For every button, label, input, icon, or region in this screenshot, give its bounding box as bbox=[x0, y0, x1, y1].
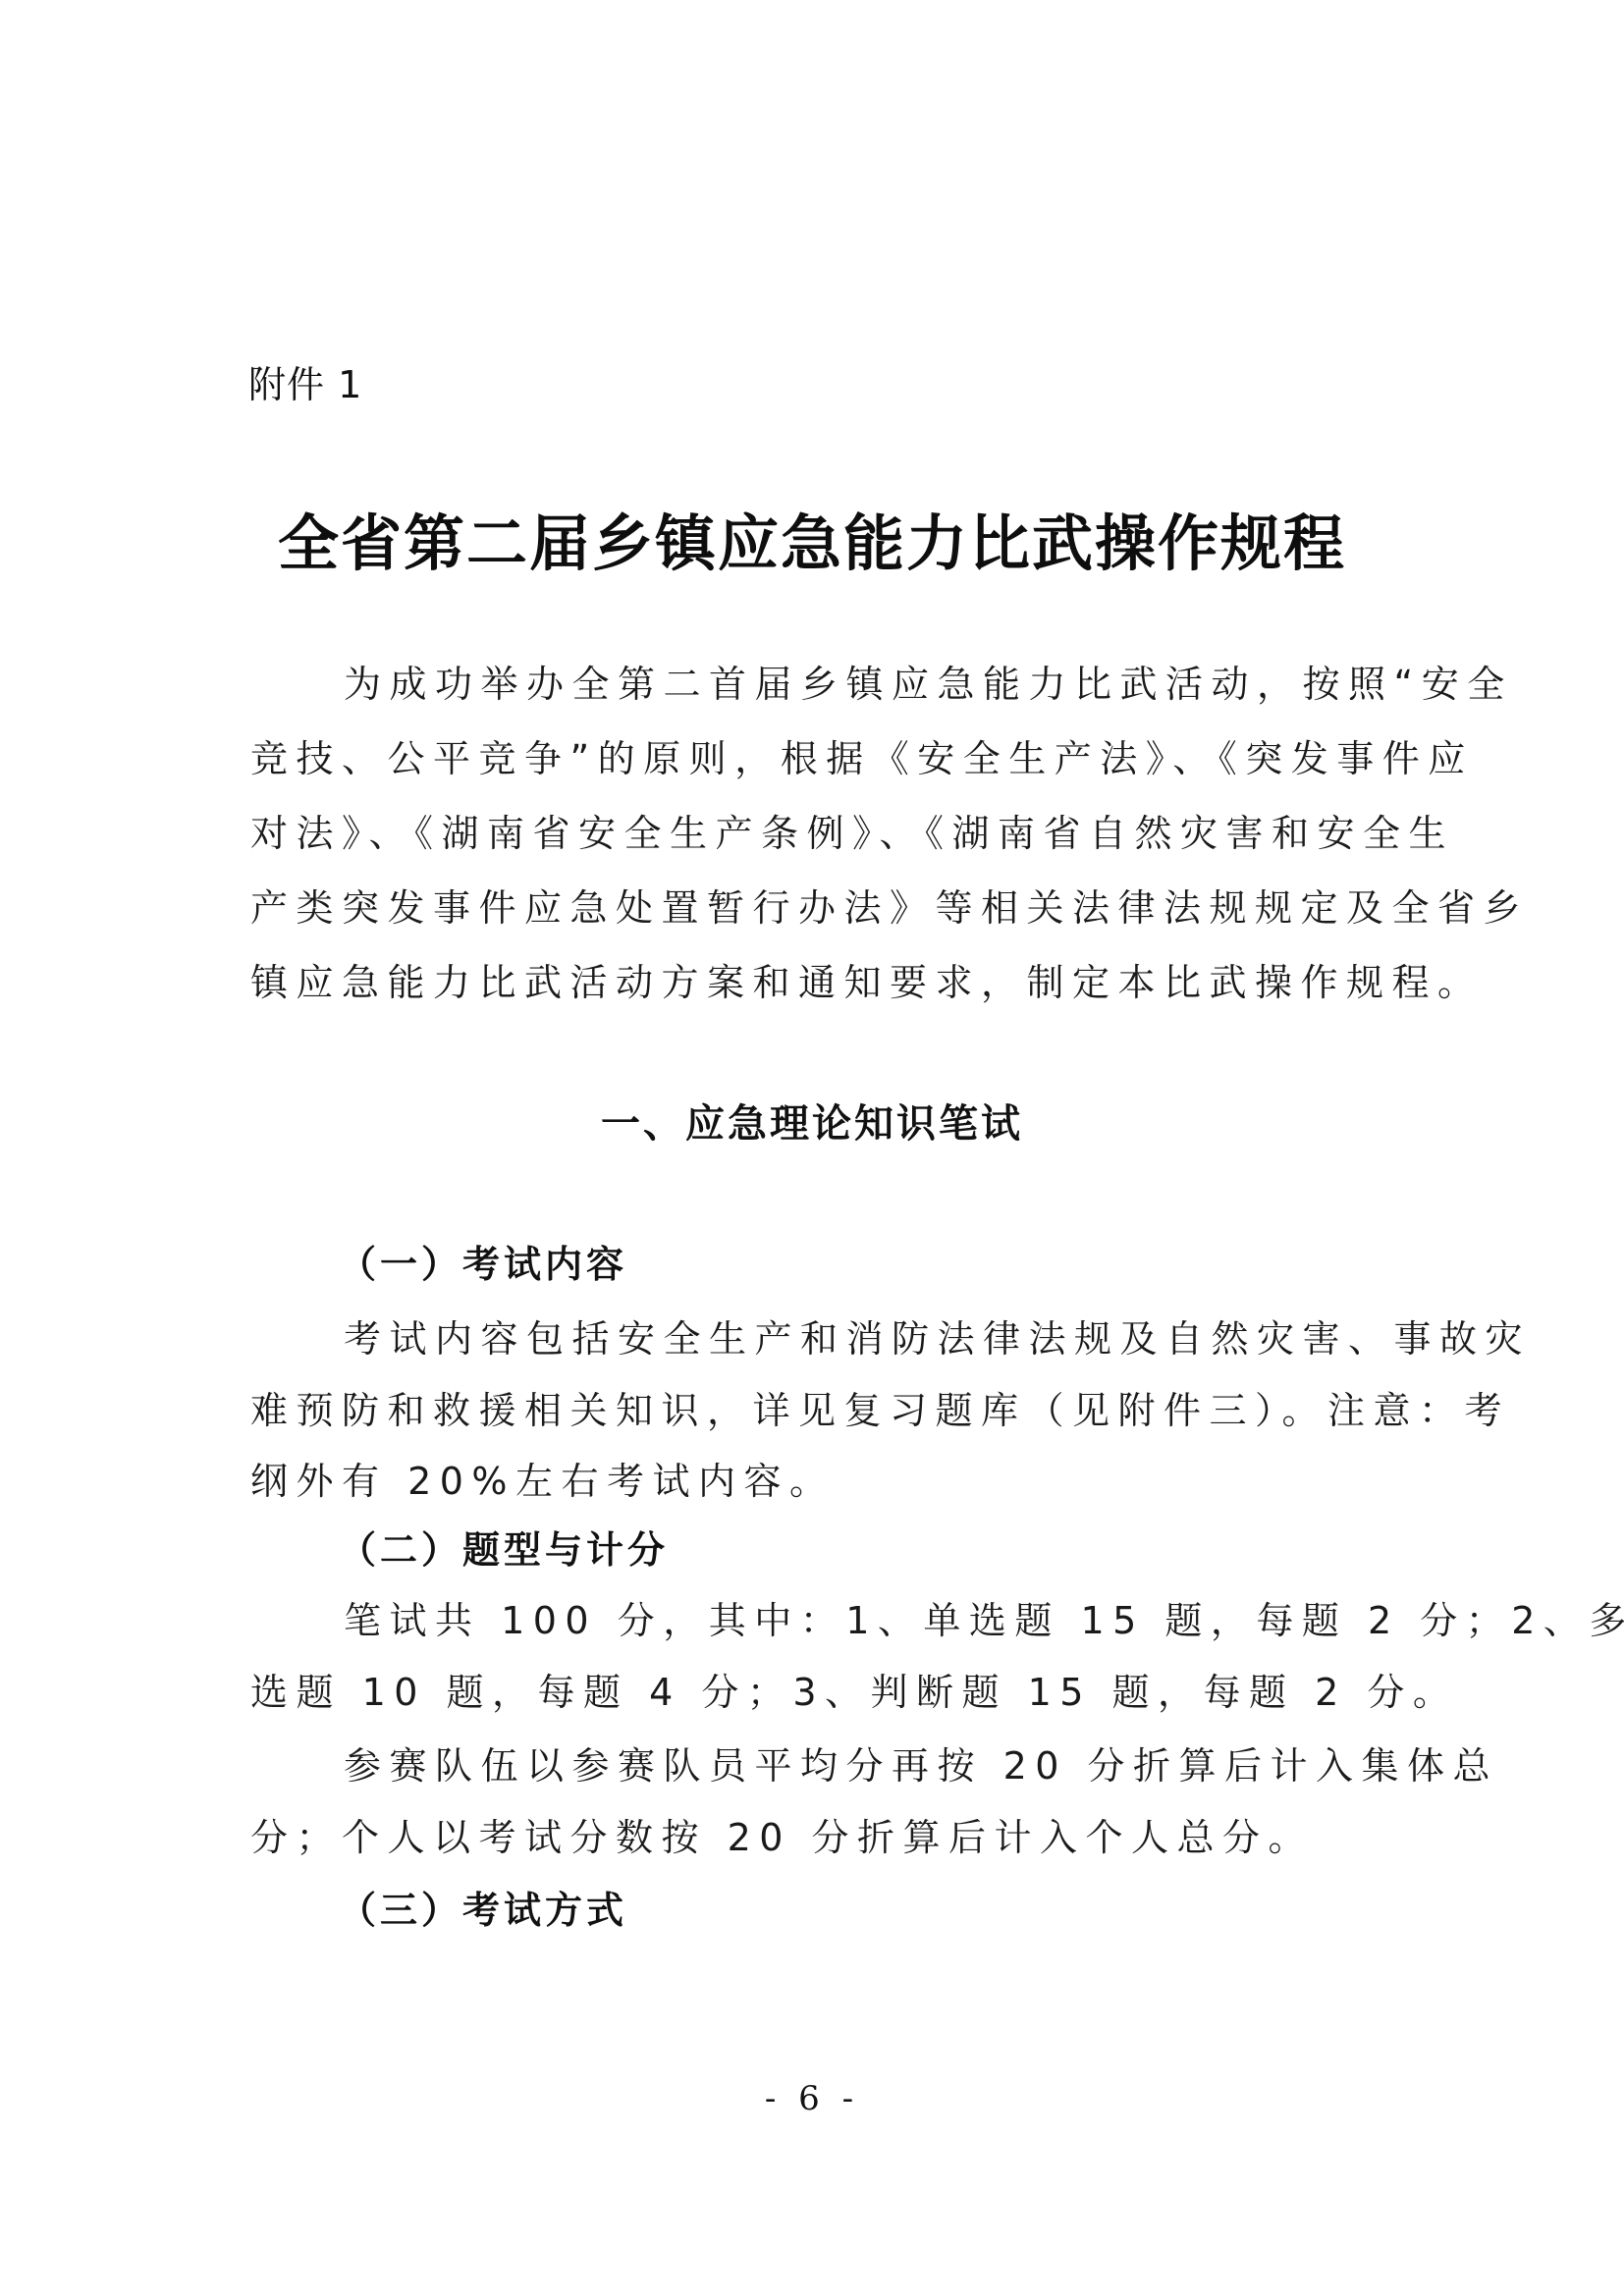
paragraph-line: 对法》、《湖南省安全生产条例》、《湖南省自然灾害和安全生 bbox=[250, 810, 1389, 857]
paragraph-line: 考试内容包括安全生产和消防法律法规及自然灾害、事故灾 bbox=[344, 1315, 1389, 1362]
paragraph-line: 竞技、公平竞争”的原则，根据《安全生产法》、《突发事件应 bbox=[250, 735, 1389, 782]
paragraph-line: 参赛队伍以参赛队员平均分再按 20 分折算后计入集体总 bbox=[344, 1742, 1389, 1789]
section-heading: 一、应急理论知识笔试 bbox=[0, 1099, 1624, 1148]
subsection-heading: （二）题型与计分 bbox=[339, 1526, 669, 1574]
paragraph-line: 选题 10 题，每题 4 分；3、判断题 15 题，每题 2 分。 bbox=[250, 1669, 1389, 1716]
paragraph-line: 笔试共 100 分，其中：1、单选题 15 题，每题 2 分；2、多 bbox=[344, 1597, 1389, 1644]
paragraph-line: 纲外有 20%左右考试内容。 bbox=[250, 1458, 1389, 1505]
document-title: 全省第二届乡镇应急能力比武操作规程 bbox=[0, 507, 1624, 581]
paragraph-line: 产类突发事件应急处置暂行办法》等相关法律法规规定及全省乡 bbox=[250, 884, 1389, 932]
subsection-heading: （一）考试内容 bbox=[339, 1241, 627, 1288]
paragraph-line: 分；个人以考试分数按 20 分折算后计入个人总分。 bbox=[250, 1814, 1389, 1861]
paragraph-line: 为成功举办全第二首届乡镇应急能力比武活动，按照“安全 bbox=[344, 661, 1389, 708]
subsection-heading: （三）考试方式 bbox=[339, 1887, 627, 1934]
page-number: - 6 - bbox=[0, 2079, 1624, 2118]
attachment-label: 附件 1 bbox=[248, 361, 362, 408]
paragraph-line: 难预防和救援相关知识，详见复习题库（见附件三）。注意：考 bbox=[250, 1387, 1389, 1434]
document-page: 附件 1 全省第二届乡镇应急能力比武操作规程 为成功举办全第二首届乡镇应急能力比… bbox=[0, 0, 1624, 2296]
paragraph-line: 镇应急能力比武活动方案和通知要求，制定本比武操作规程。 bbox=[250, 959, 1389, 1006]
